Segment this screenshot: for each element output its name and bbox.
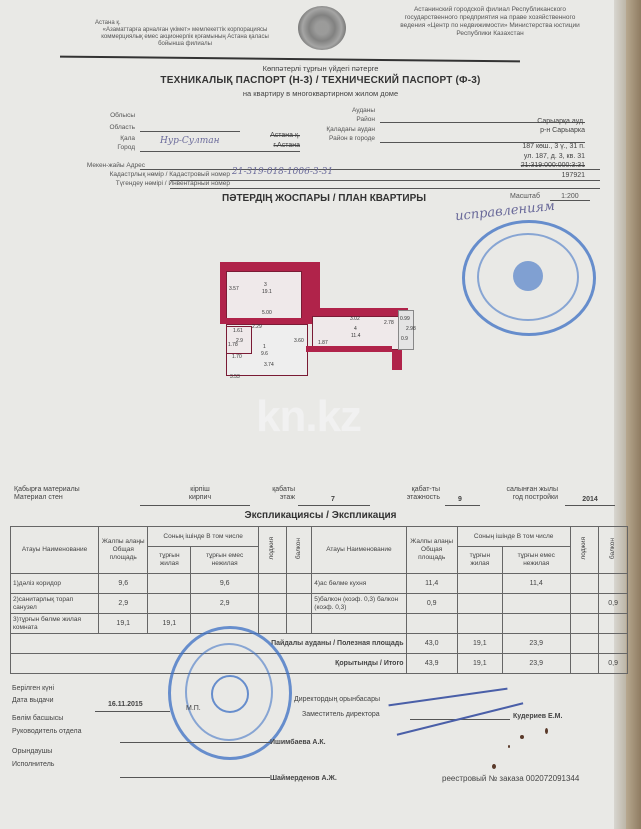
- year-line: [565, 505, 615, 506]
- col-balcony: балкон: [599, 527, 628, 574]
- total-total: 43,9: [406, 654, 457, 674]
- city-line: [140, 151, 300, 152]
- issuer-line: коммерциялық емес акционерлік қоғамының …: [75, 34, 295, 41]
- useful-living: 19,1: [457, 634, 502, 654]
- address-value-kz: 187 көш., 3 ү., 31 п.: [480, 143, 585, 150]
- col-balcony-label: балкон: [295, 538, 303, 559]
- room-dim: 3.02: [350, 316, 360, 322]
- row-living: 19,1: [148, 614, 191, 634]
- total-loggia: [570, 654, 599, 674]
- explication-table: Атауы Наименование Жалпы алаңы Общая пло…: [10, 526, 628, 674]
- stain: [508, 745, 510, 748]
- floor-value: 7: [298, 496, 368, 504]
- scale-label: Масштаб: [510, 193, 540, 200]
- state-emblem-icon: [298, 6, 346, 50]
- year-value: 2014: [565, 496, 615, 504]
- dept-head-name: Ишимбаева А.К.: [270, 738, 326, 747]
- col-total: Жалпы алаңы Общая площадь: [406, 527, 457, 574]
- official-stamp: [462, 220, 596, 336]
- inventory-value: 197921: [480, 172, 585, 179]
- dept-head-line: [120, 742, 270, 743]
- col-loggia: лоджия: [259, 527, 287, 574]
- room-dim: 1.78: [228, 342, 238, 348]
- row-total: 19,1: [99, 614, 148, 634]
- row-name: 4)ас бөлме кухня: [312, 574, 406, 594]
- city-printed-kz: Астана қ.: [240, 132, 300, 139]
- useful-balcony: [599, 634, 628, 654]
- issue-date-line: [95, 711, 170, 712]
- room-dim: 1.87: [318, 340, 328, 346]
- row-total: 9,6: [99, 574, 148, 594]
- total-balcony: 0,9: [599, 654, 628, 674]
- row-name: [312, 614, 406, 634]
- inventory-line: [170, 188, 600, 189]
- plan-wall: [306, 346, 392, 352]
- address-label: Мекен-жайы Адрес: [60, 162, 145, 169]
- wall-material-label-ru: Материал стен: [14, 494, 80, 502]
- useful-loggia: [570, 634, 599, 654]
- floors-label-ru: этажность: [380, 494, 440, 502]
- col-name: Атауы Наименование: [11, 527, 99, 574]
- executor-line: [120, 777, 270, 778]
- deputy-name: Кудериев Е.М.: [513, 712, 562, 721]
- col-loggia: лоджия: [570, 527, 599, 574]
- cadastral-value: 21:319:000:000:3:31: [480, 162, 585, 169]
- stain: [545, 728, 548, 734]
- row-name: 1)дәліз коридор: [11, 574, 99, 594]
- issuer-line: «Азаматтарға арналған үкімет» мемлекетті…: [75, 27, 295, 34]
- room-area: 0.9: [401, 336, 408, 342]
- stain: [492, 764, 496, 769]
- inventory-label: Түгендеу нөмірі / Инвентарный номер: [60, 180, 230, 187]
- cadastral-line: [170, 180, 600, 181]
- row-loggia: [259, 574, 287, 594]
- room-area: 9.6: [261, 351, 268, 357]
- oblast-label-kz: Облысы: [60, 112, 135, 119]
- executor-label-ru: Исполнитель: [12, 760, 54, 769]
- city-district-value-kz: Сарыарқа ауд.: [480, 118, 585, 125]
- row-balcony: [286, 574, 312, 594]
- room-dim: 2.78: [384, 320, 394, 326]
- useful-total: 43,0: [406, 634, 457, 654]
- row-living: [457, 574, 502, 594]
- table-row: 2)санитарлық торап санузел2,92,95)балкон…: [11, 594, 628, 614]
- room-dim: 2.98: [406, 326, 416, 332]
- cadastral-handwritten: 21-319-018-1006-3-31: [232, 167, 333, 177]
- registry-label: реестровый № заказа: [442, 774, 524, 783]
- explication-title: Экспликациясы / Экспликация: [0, 510, 641, 521]
- row-balcony: [286, 614, 312, 634]
- issuer-line: ведения «Центр по недвижимости» Министер…: [385, 22, 595, 30]
- district-label-ru: Район: [300, 116, 375, 123]
- row-loggia: [570, 594, 599, 614]
- row-name: 5)балкон (коэф. 0,3) балкон (коэф. 0,3): [312, 594, 406, 614]
- room-number: 4: [354, 326, 357, 332]
- issuer-ru-header: Астанинский городской филиал Республикан…: [385, 6, 595, 38]
- issue-date-label-ru: Дата выдачи: [12, 696, 54, 705]
- deputy-label-ru: Заместитель директора: [302, 710, 380, 719]
- col-balcony-label: балкон: [609, 538, 617, 559]
- room-number: 3: [264, 282, 267, 288]
- oblast-label-ru: Область: [60, 124, 135, 131]
- floors-line: [445, 505, 480, 506]
- row-name: 2)санитарлық торап санузел: [11, 594, 99, 614]
- room-dim: 3.57: [229, 286, 239, 292]
- room-dim: 5.00: [262, 310, 272, 316]
- seal-emblem-icon: [211, 675, 249, 713]
- city-handwritten: Нур-Султан: [160, 136, 220, 146]
- row-nonliving: 2,9: [191, 594, 259, 614]
- dept-head-label-ru: Руководитель отдела: [12, 727, 81, 736]
- floor-labels: қабаты этаж: [260, 486, 295, 502]
- room-dim: 0.99: [400, 316, 410, 322]
- issuer-line: Астанинский городской филиал Республикан…: [385, 6, 595, 14]
- floors-value: 9: [445, 496, 475, 504]
- floors-label-kz: қабат-ты: [380, 486, 440, 494]
- table-row: 3)тұрғын бөлме жилая комната19,119,1: [11, 614, 628, 634]
- plan-title: ПӘТЕРДІҢ ЖОСПАРЫ / ПЛАН КВАРТИРЫ: [222, 193, 426, 204]
- row-total: 11,4: [406, 574, 457, 594]
- stain: [520, 735, 524, 739]
- cadastral-label: Кадастрлық нөмір / Кадастровый номер: [60, 171, 230, 178]
- total-nonliving: 23,9: [502, 654, 570, 674]
- row-loggia: [570, 614, 599, 634]
- col-nonliving: тұрғын емес нежилая: [191, 547, 259, 574]
- floor-label-kz: қабаты: [260, 486, 295, 494]
- row-living: [457, 614, 502, 634]
- useful-nonliving: 23,9: [502, 634, 570, 654]
- row-nonliving: [502, 594, 570, 614]
- col-nonliving: тұрғын емес нежилая: [502, 547, 570, 574]
- room-dim: 3.53: [230, 374, 240, 380]
- seal-place: М.П.: [186, 704, 201, 713]
- year-label-ru: год постройки: [488, 494, 558, 502]
- city-district-label-kz: Қаладағы аудан: [300, 126, 375, 133]
- doc-subtitle-ru: на квартиру в многоквартирном жилом доме: [0, 89, 641, 98]
- floor-line: [298, 505, 370, 506]
- row-living: [148, 574, 191, 594]
- col-incl: Соның ішінде В том числе: [457, 527, 570, 547]
- row-loggia: [570, 574, 599, 594]
- total-living: 19,1: [457, 654, 502, 674]
- floors-labels: қабат-ты этажность: [380, 486, 440, 502]
- doc-title: ТЕХНИКАЛЫҚ ПАСПОРТ (Н-3) / ТЕХНИЧЕСКИЙ П…: [0, 75, 641, 86]
- row-nonliving: [502, 614, 570, 634]
- row-total: 0,9: [406, 594, 457, 614]
- executor-label-kz: Орындаушы: [12, 747, 52, 756]
- deputy-label-kz: Директордың орынбасары: [294, 695, 380, 704]
- row-balcony: [599, 574, 628, 594]
- room-dim: 1.70: [232, 354, 242, 360]
- row-balcony: [599, 614, 628, 634]
- row-nonliving: 11,4: [502, 574, 570, 594]
- issue-date: 16.11.2015: [108, 700, 143, 709]
- city-label-ru: Город: [60, 144, 135, 151]
- doc-subtitle-kz: Көппәтерлі тұрғын үйдегі пәтерге: [0, 64, 641, 73]
- row-loggia: [259, 614, 287, 634]
- table-row: 1)дәліз коридор9,69,64)ас бөлме кухня11,…: [11, 574, 628, 594]
- wall-material-ru: кирпич: [170, 494, 230, 502]
- wall-material-labels: Қабырға материалы Материал стен: [14, 486, 80, 502]
- watermark: kn.kz: [256, 392, 361, 442]
- row-balcony: [286, 594, 312, 614]
- col-loggia-label: лоджия: [580, 537, 588, 560]
- registry: реестровый № заказа 002072091344: [442, 774, 579, 783]
- room-dim: 3.74: [264, 362, 274, 368]
- floor-label-ru: этаж: [260, 494, 295, 502]
- issue-date-label-kz: Берілген күні: [12, 684, 54, 693]
- wall-material-kz: кірпіш: [170, 486, 230, 494]
- issuer-line: бойынша филиалы: [75, 41, 295, 48]
- room-dim: 1.61: [233, 328, 243, 334]
- address-value-ru: ул. 187, д. 3, кв. 31: [480, 153, 585, 160]
- row-living: [148, 594, 191, 614]
- wall-material-values: кірпіш кирпич: [170, 486, 230, 502]
- registry-value: 002072091344: [526, 774, 579, 783]
- room-dim: 2.29: [252, 324, 262, 330]
- table-row-useful: Пайдалы ауданы / Полезная площадь 43,0 1…: [11, 634, 628, 654]
- col-living: тұрғын жилая: [457, 547, 502, 574]
- col-incl: Соның ішінде В том числе: [148, 527, 259, 547]
- row-balcony: 0,9: [599, 594, 628, 614]
- row-loggia: [259, 594, 287, 614]
- city-label-kz: Қала: [60, 135, 135, 142]
- address-line: [140, 169, 600, 170]
- year-labels: салынған жылы год постройки: [488, 486, 558, 502]
- city-district-value-ru: р-н Сарыарка: [480, 127, 585, 134]
- row-total: [406, 614, 457, 634]
- oblast-line: [140, 131, 240, 132]
- executor-name: Шаймерденов А.Ж.: [270, 774, 337, 783]
- col-living: тұрғын жилая: [148, 547, 191, 574]
- col-total: Жалпы алаңы Общая площадь: [99, 527, 148, 574]
- col-loggia-label: лоджия: [268, 537, 276, 560]
- plan-wall: [392, 350, 402, 370]
- table-header-row: Атауы Наименование Жалпы алаңы Общая пло…: [11, 527, 628, 547]
- dept-head-label-kz: Бөлім басшысы: [12, 714, 63, 723]
- row-name: 3)тұрғын бөлме жилая комната: [11, 614, 99, 634]
- wall-material-label-kz: Қабырға материалы: [14, 486, 80, 494]
- table-surface: [626, 0, 641, 829]
- row-living: [457, 594, 502, 614]
- issuer-line: Республики Казахстан: [385, 30, 595, 38]
- issuer-kz-header: Астана қ. «Азаматтарға арналған үкімет» …: [75, 20, 295, 48]
- district-label-kz: Ауданы: [300, 107, 375, 114]
- year-label-kz: салынған жылы: [488, 486, 558, 494]
- wall-material-line: [140, 505, 250, 506]
- row-nonliving: 9,6: [191, 574, 259, 594]
- scale-value: 1:200: [550, 193, 590, 201]
- room-dim: 3.60: [294, 338, 304, 344]
- issuer-line: государственного предприятия на праве хо…: [385, 14, 595, 22]
- city-district-label-ru: Район в городе: [300, 135, 375, 142]
- table-row-total: Қорытынды / Итого 43,9 19,1 23,9 0,9: [11, 654, 628, 674]
- city-printed-ru: г.Астана: [240, 142, 300, 149]
- issuer-line: Астана қ.: [75, 20, 295, 27]
- stamp-emblem-icon: [513, 261, 543, 291]
- col-name: Атауы Наименование: [312, 527, 406, 574]
- floor-plan: 3 19.1 3.57 5.00 3.02 4 11.4 2.78 1 9.6 …: [220, 258, 420, 383]
- room-area: 19.1: [262, 289, 272, 295]
- row-total: 2,9: [99, 594, 148, 614]
- room-number: 1: [263, 344, 266, 350]
- col-balcony: балкон: [286, 527, 312, 574]
- room-area: 11.4: [351, 333, 360, 339]
